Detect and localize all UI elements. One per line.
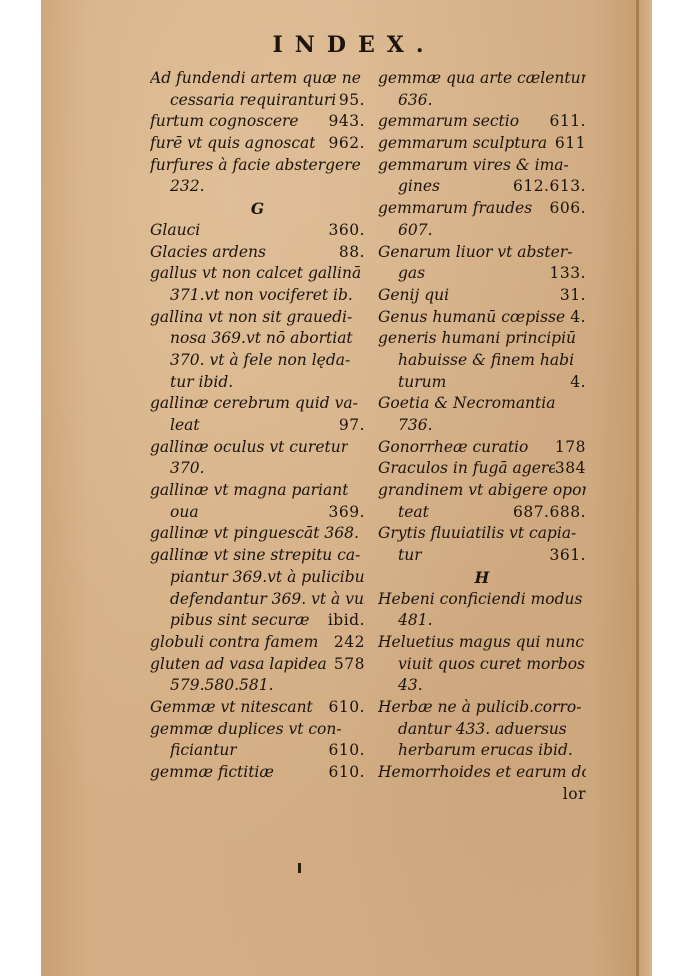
entry-text: Glacies ardens <box>150 242 266 264</box>
page-reference: 178 <box>555 437 586 459</box>
entry-text: teat <box>398 502 429 524</box>
entry-text: 636. <box>398 90 433 112</box>
entry-text: Goetia & Necromantia <box>378 393 555 415</box>
page-reference: 361. <box>549 545 586 567</box>
index-column-right: gemmæ qua arte cælentur636.gemmarum sect… <box>378 68 586 805</box>
entry-text: gemmarum fraudes <box>378 198 532 220</box>
page-reference: 133. <box>549 263 586 285</box>
index-entry-line: gemmarum sectio611. <box>378 111 586 133</box>
page-reference: 578 <box>334 654 365 676</box>
page-reference: 610. <box>328 740 365 762</box>
index-column-left: Ad fundendi artem quæ necessaria requira… <box>150 68 365 784</box>
page-reference: 31. <box>560 285 586 307</box>
entry-text: Grytis fluuiatilis vt capia- <box>378 523 576 545</box>
entry-text: 232. <box>170 176 205 198</box>
index-entry-line: gallinæ vt sine strepitu ca- <box>150 545 365 567</box>
index-entry-line: gemmæ duplices vt con- <box>150 719 365 741</box>
page-reference: 610. <box>328 697 365 719</box>
index-entry-line: gallina vt non sit grauedi- <box>150 307 365 329</box>
page-reference: 612.613. <box>513 176 586 198</box>
entry-text: turum <box>398 372 446 394</box>
entry-text: gas <box>398 263 425 285</box>
index-entry-line: grandinem vt abigere opor <box>378 480 586 502</box>
index-entry-line: lor <box>378 784 586 806</box>
index-entry-line: gallinæ cerebrum quid va- <box>150 393 365 415</box>
entry-text: pibus sint securæ <box>170 610 310 632</box>
entry-text: gemmæ qua arte cælentur <box>378 68 586 90</box>
entry-text: Glauci <box>150 220 200 242</box>
page-reference: ibid. <box>328 610 365 632</box>
entry-text: habuisse & finem habi <box>398 350 574 372</box>
index-entry-line: viuit quos curet morbos <box>378 654 586 676</box>
index-entry-line: 370. vt à fele non lęda- <box>150 350 365 372</box>
entry-text: gallinæ cerebrum quid va- <box>150 393 358 415</box>
index-entry-line: 736. <box>378 415 586 437</box>
index-entry-line: Goetia & Necromantia <box>378 393 586 415</box>
index-entry-line: gallinæ oculus vt curetur <box>150 437 365 459</box>
index-entry-line: Gonorrheæ curatio178 <box>378 437 586 459</box>
index-entry-line: herbarum erucas ibid. <box>378 740 586 762</box>
entry-text: 370. vt à fele non lęda- <box>170 350 350 372</box>
page-reference: lor <box>563 784 586 806</box>
entry-text: 371.vt non vociferet ib. <box>170 285 353 307</box>
entry-text: Genij qui <box>378 285 449 307</box>
index-entry-line: Genarum liuor vt abster- <box>378 242 586 264</box>
index-entry-line: oua369. <box>150 502 365 524</box>
index-entry-line: 636. <box>378 90 586 112</box>
index-entry-line: gas133. <box>378 263 586 285</box>
page-reference: 606. <box>549 198 586 220</box>
entry-text: Graculos in fugā agere <box>378 458 555 480</box>
entry-text: tur ibid. <box>170 372 233 394</box>
entry-text: cessaria requiranturi <box>170 90 336 112</box>
index-entry-line: furē vt quis agnoscat962. <box>150 133 365 155</box>
index-entry-line: Herbæ ne à pulicib.corro- <box>378 697 586 719</box>
entry-text: Hebeni conficiendi modus <box>378 589 582 611</box>
entry-text: gemmarum sectio <box>378 111 519 133</box>
entry-text: 43. <box>398 675 423 697</box>
page-reference: 384 <box>555 458 586 480</box>
page-reference: 611. <box>549 111 586 133</box>
entry-text: Genus humanū cœpisse <box>378 307 565 329</box>
index-entry-line: 579.580.581. <box>150 675 365 697</box>
index-entry-line: Genij qui31. <box>378 285 586 307</box>
index-entry-line: Gemmæ vt nitescant610. <box>150 697 365 719</box>
index-entry-line: gines612.613. <box>378 176 586 198</box>
entry-text: gallinæ vt sine strepitu ca- <box>150 545 360 567</box>
index-entry-line: furfures à facie abstergere <box>150 155 365 177</box>
index-entry-line: pibus sint securæibid. <box>150 610 365 632</box>
index-entry-line: teat687.688. <box>378 502 586 524</box>
index-entry-line: gemmarum sculptura611 <box>378 133 586 155</box>
entry-text: Ad fundendi artem quæ ne <box>150 68 361 90</box>
page-reference: 242 <box>334 632 365 654</box>
index-entry-line: Grytis fluuiatilis vt capia- <box>378 523 586 545</box>
page-reference: 88. <box>339 242 365 264</box>
entry-text: 607. <box>398 220 433 242</box>
index-entry-line: Genus humanū cœpisse4. <box>378 307 586 329</box>
entry-text: globuli contra famem <box>150 632 318 654</box>
index-entry-line: tur361. <box>378 545 586 567</box>
page-reference: 97. <box>339 415 365 437</box>
page-reference: 962. <box>328 133 365 155</box>
index-entry-line: Graculos in fugā agere384 <box>378 458 586 480</box>
page-reference: 687.688. <box>513 502 586 524</box>
entry-text: Hemorrhoides et earum do <box>378 762 586 784</box>
index-entry-line: nosa 369.vt nō abortiat <box>150 328 365 350</box>
entry-text: 579.580.581. <box>170 675 274 697</box>
index-entry-line: Hebeni conficiendi modus <box>378 589 586 611</box>
index-entry-line: Ad fundendi artem quæ ne <box>150 68 365 90</box>
entry-text: gallinæ vt magna pariant <box>150 480 348 502</box>
entry-text: gallina vt non sit grauedi- <box>150 307 352 329</box>
index-entry-line: 370. <box>150 458 365 480</box>
entry-text: furtum cognoscere <box>150 111 299 133</box>
entry-text: defendantur 369. vt à vul <box>170 589 365 611</box>
entry-text: gemmarum sculptura <box>378 133 547 155</box>
index-entry-line: 481. <box>378 610 586 632</box>
index-entry-line: gallinæ vt magna pariant <box>150 480 365 502</box>
entry-text: gluten ad vasa lapidea <box>150 654 327 676</box>
index-entry-line: turum4. <box>378 372 586 394</box>
index-entry-line: piantur 369.vt à pulicibus <box>150 567 365 589</box>
index-entry-line: gallus vt non calcet gallinā <box>150 263 365 285</box>
page-reference: 943. <box>328 111 365 133</box>
index-entry-line: dantur 433. aduersus <box>378 719 586 741</box>
entry-text: piantur 369.vt à pulicibus <box>170 567 365 589</box>
entry-text: gemmarum vires & ima- <box>378 155 569 177</box>
entry-text: ficiantur <box>170 740 237 762</box>
entry-text: gallinæ vt pinguescāt 368. <box>150 523 359 545</box>
entry-text: gallus vt non calcet gallinā <box>150 263 361 285</box>
entry-text: furē vt quis agnoscat <box>150 133 315 155</box>
entry-text: gemmæ duplices vt con- <box>150 719 342 741</box>
entry-text: 736. <box>398 415 433 437</box>
index-entry-line: defendantur 369. vt à vul <box>150 589 365 611</box>
entry-text: 370. <box>170 458 205 480</box>
section-letter: G <box>150 198 365 220</box>
index-entry-line: leat97. <box>150 415 365 437</box>
page-reference: 611 <box>555 133 586 155</box>
entry-text: furfures à facie abstergere <box>150 155 361 177</box>
index-entry-line: generis humani principiū <box>378 328 586 350</box>
index-entry-line: 371.vt non vociferet ib. <box>150 285 365 307</box>
page-reference: 360. <box>328 220 365 242</box>
page-edge-outer <box>639 0 652 976</box>
index-entry-line: ficiantur610. <box>150 740 365 762</box>
index-entry-line: 43. <box>378 675 586 697</box>
entry-text: tur <box>398 545 422 567</box>
index-entry-line: cessaria requiranturi95. <box>150 90 365 112</box>
section-letter: H <box>378 567 586 589</box>
index-entry-line: gemmarum fraudes606. <box>378 198 586 220</box>
entry-text: grandinem vt abigere opor <box>378 480 586 502</box>
index-entry-line: 232. <box>150 176 365 198</box>
entry-text: Herbæ ne à pulicib.corro- <box>378 697 581 719</box>
entry-text: 481. <box>398 610 433 632</box>
entry-text: leat <box>170 415 200 437</box>
index-entry-line: furtum cognoscere943. <box>150 111 365 133</box>
index-entry-line: Glauci360. <box>150 220 365 242</box>
entry-text: gines <box>398 176 440 198</box>
index-entry-line: gemmæ qua arte cælentur <box>378 68 586 90</box>
entry-text: gemmæ fictitiæ <box>150 762 274 784</box>
page-reference: 4. <box>570 372 586 394</box>
entry-text: generis humani principiū <box>378 328 576 350</box>
entry-text: viuit quos curet morbos <box>398 654 585 676</box>
index-entry-line: habuisse & finem habi <box>378 350 586 372</box>
entry-text: herbarum erucas ibid. <box>398 740 573 762</box>
entry-text: nosa 369.vt nō abortiat <box>170 328 353 350</box>
page-reference: 610. <box>328 762 365 784</box>
index-entry-line: gemmæ fictitiæ610. <box>150 762 365 784</box>
page-reference: 4. <box>570 307 586 329</box>
index-entry-line: Glacies ardens88. <box>150 242 365 264</box>
entry-text: oua <box>170 502 199 524</box>
index-entry-line: Heluetius magus qui nunc <box>378 632 586 654</box>
entry-text: Heluetius magus qui nunc <box>378 632 584 654</box>
entry-text: Genarum liuor vt abster- <box>378 242 572 264</box>
index-entry-line: globuli contra famem242 <box>150 632 365 654</box>
index-entry-line: gallinæ vt pinguescāt 368. <box>150 523 365 545</box>
index-entry-line: 607. <box>378 220 586 242</box>
page-reference: 369. <box>328 502 365 524</box>
page-reference: 95. <box>339 90 365 112</box>
index-entry-line: gluten ad vasa lapidea578 <box>150 654 365 676</box>
index-entry-line: gemmarum vires & ima- <box>378 155 586 177</box>
index-entry-line: tur ibid. <box>150 372 365 394</box>
entry-text: Gonorrheæ curatio <box>378 437 528 459</box>
index-entry-line: Hemorrhoides et earum do <box>378 762 586 784</box>
entry-text: gallinæ oculus vt curetur <box>150 437 348 459</box>
entry-text: Gemmæ vt nitescant <box>150 697 313 719</box>
signature-mark <box>298 863 301 873</box>
page-title: INDEX. <box>0 32 690 58</box>
entry-text: dantur 433. aduersus <box>398 719 567 741</box>
